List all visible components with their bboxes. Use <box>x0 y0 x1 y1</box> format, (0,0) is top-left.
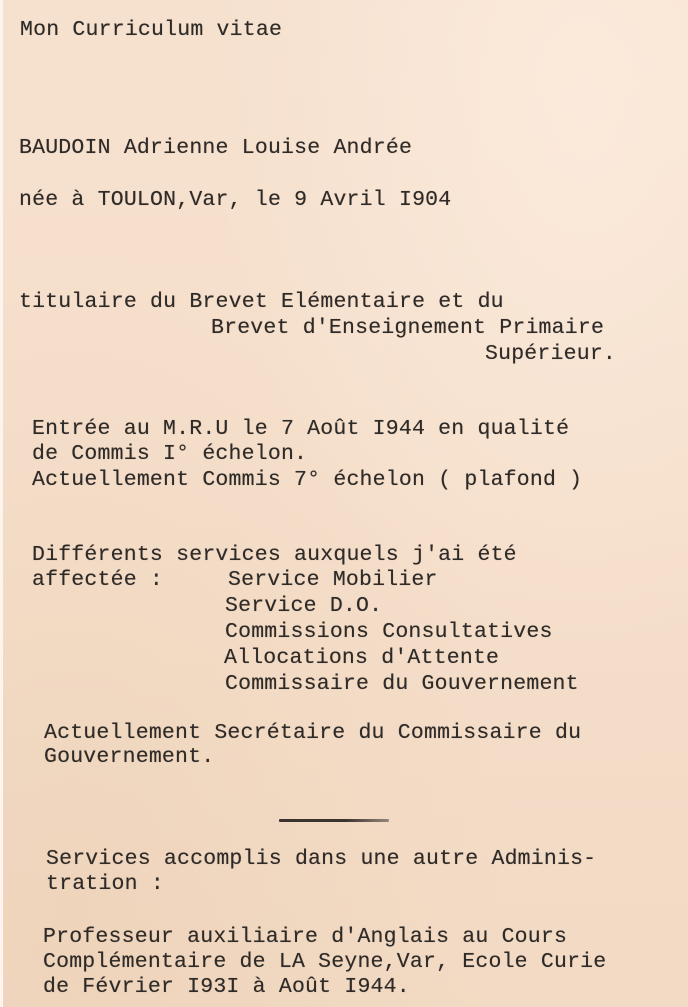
career-line-3: Actuellement Commis 7° échelon ( plafond… <box>32 468 582 492</box>
services-intro-line-2: affectée : <box>32 568 163 592</box>
service-item: Service D.O. <box>225 594 382 618</box>
service-item: Allocations d'Attente <box>224 646 499 670</box>
service-item: Commissaire du Gouvernement <box>225 672 579 696</box>
service-item: Commissions Consultatives <box>225 620 553 644</box>
other-admin-heading-line-1: Services accomplis dans une autre Admini… <box>46 847 596 871</box>
section-divider <box>279 819 389 822</box>
document-title: Mon Curriculum vitae <box>20 18 282 42</box>
services-intro-line-1: Différents services auxquels j'ai été <box>32 543 517 567</box>
other-admin-detail-line-1: Professeur auxiliaire d'Anglais au Cours <box>43 925 567 949</box>
diplomas-line-3: Supérieur. <box>485 342 616 366</box>
full-name: BAUDOIN Adrienne Louise Andrée <box>19 136 412 160</box>
service-item: Service Mobilier <box>228 568 438 592</box>
career-line-1: Entrée au M.R.U le 7 Août I944 en qualit… <box>32 417 569 441</box>
typewritten-cv-page: Mon Curriculum vitae BAUDOIN Adrienne Lo… <box>0 0 688 1007</box>
current-position-line-2: Gouvernement. <box>44 745 214 769</box>
other-admin-detail-line-3: de Février I93I à Août I944. <box>43 975 410 999</box>
other-admin-detail-line-2: Complémentaire de LA Seyne,Var, Ecole Cu… <box>43 950 606 974</box>
birth-info: née à TOULON,Var, le 9 Avril I904 <box>19 188 451 212</box>
current-position-line-1: Actuellement Secrétaire du Commissaire d… <box>44 721 581 745</box>
diplomas-line-1: titulaire du Brevet Elémentaire et du <box>19 290 504 314</box>
career-line-2: de Commis I° échelon. <box>32 442 307 466</box>
other-admin-heading-line-2: tration : <box>46 872 164 896</box>
diplomas-line-2: Brevet d'Enseignement Primaire <box>211 316 604 340</box>
